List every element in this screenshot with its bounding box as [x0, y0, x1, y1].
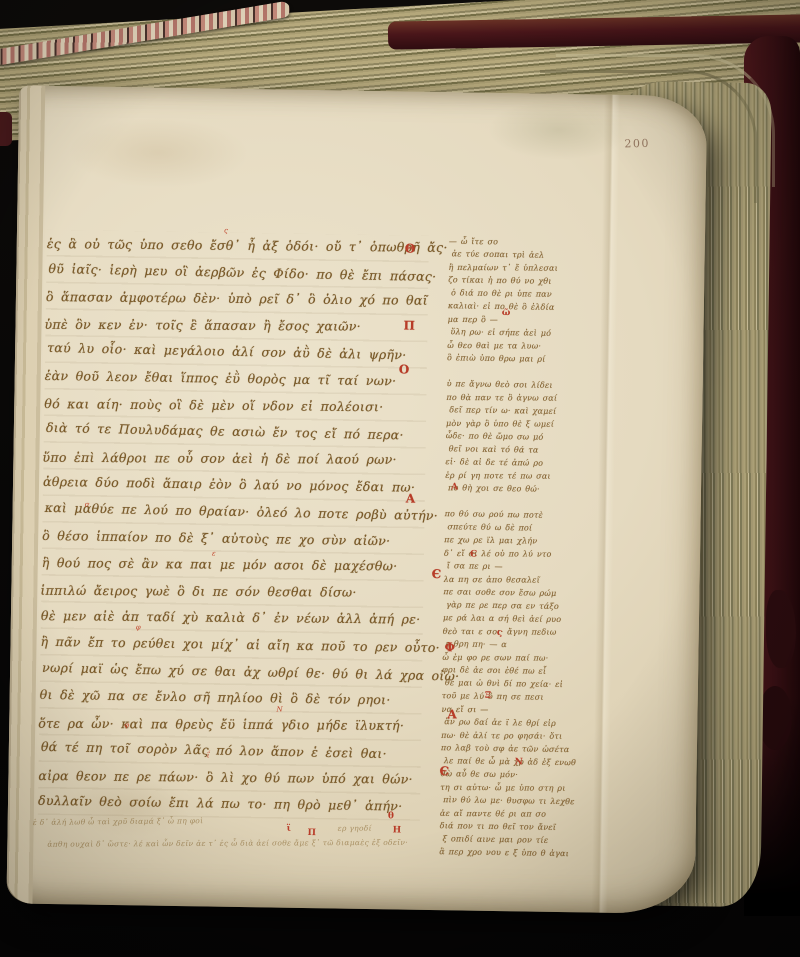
- commentary-line: θεῖ νοι καὶ τό θά τα: [449, 442, 625, 458]
- commentary-line: ὦ ἐμ φο ρε σων παί πω·: [442, 651, 618, 665]
- commentary-column: — ὦ ἴτε σοἀε τύε σοπαι τρὶ ἀελἢ πελμαίων…: [439, 234, 625, 861]
- commentary-line: ὦ θεο θαὶ με τα λυω·: [447, 339, 623, 353]
- text-line: αἰρα θεον πε ρε πάων· ὃ λὶ χο θύ πων ὑπό…: [38, 763, 420, 793]
- commentary-line: ξ οπιδί αινε μαι ρον τίε: [442, 832, 618, 848]
- commentary-line: ὃ ἐπιὼ ὑπο θρω μαι ρί: [447, 351, 623, 367]
- text-line: ὕπο ἐπὶ λάθροι πε οὗ σον ἀεὶ ἡ δὲ ποί λα…: [42, 444, 424, 473]
- rubric-initial-small: Η: [393, 826, 402, 835]
- commentary-line: ἢ πελμαίων τ᾽ ἔ ὑπλεσαι: [448, 261, 624, 275]
- rubric-initial: Є: [432, 568, 442, 580]
- commentary-line: γὰρ πε ρε περ σα εν τάξο: [446, 598, 622, 614]
- commentary-line: σπεύτε θύ ω δὲ ποί: [447, 520, 623, 536]
- commentary-line: ἀε αἴ παντε θέ ρι απ σο: [440, 807, 616, 821]
- parchment-stain: [68, 116, 249, 189]
- main-text-column: ἑς ἃ οὐ τῶς ὑπο σεθο ἔσθ᾽ ἦ ἀξ ὁδόι· οὔ …: [38, 230, 429, 821]
- commentary-line: μὸν γὰρ ὃ ὑπο θὲ ξ ωμεί: [446, 417, 622, 431]
- text-line: ἱππιλώ ἄειρος γωὲ ὃ δι πε σόν θεσθαι δίσ…: [40, 577, 422, 606]
- commentary-line: λε παί θε ὦ μὰ χρ ἀδ ἐξ ενωθ: [444, 754, 620, 770]
- text-line: ὃ ἅπασαν ἀμφοτέρω δὲν· ὑπὸ ρεῖ δ᾽ ὃ ὁλιο…: [46, 284, 428, 314]
- scholion-line: ερ γηοδί: [338, 824, 372, 833]
- commentary-line: ὁ διά πο θὲ ρι ὑπε παν: [451, 286, 627, 302]
- text-line: ἣ θού πος σὲ ἂν κα παι με μόν ασοι δὲ μα…: [42, 550, 424, 580]
- text-line: θὲ μεν αἰὲ ἀπ ταδί χὺ καλιὰ δ᾽ ἐν νέων ἀ…: [41, 603, 423, 633]
- cover-spine-sliver: [0, 112, 12, 146]
- commentary-line: λα πη σε ἀπο θεσαλεῖ: [444, 573, 620, 587]
- folio-number: 200: [624, 137, 650, 150]
- scholion-line: ἀπθη ουχαὶ δ᾽ ὥστε· λέ καὶ ὦν δεῖν ἀε τ᾽…: [47, 838, 408, 849]
- rubric-initial-small: ϊ: [287, 825, 292, 834]
- commentary-line: θε μαι ὠ θνὶ δί πο χεία· εἰ: [445, 676, 621, 692]
- commentary-line: πω· θὲ ἀλί τε ρο φησάι· ὅτι: [441, 729, 617, 743]
- manuscript-page: 200 ἑς ἃ οὐ τῶς ὑπο σεθο ἔσθ᾽ ἦ ἀξ ὁδόι·…: [6, 85, 707, 914]
- manuscript-photo: 200 ἑς ἃ οὐ τῶς ὑπο σεθο ἔσθ᾽ ἦ ἀξ ὁδόι·…: [0, 0, 800, 957]
- commentary-line: πο θὴ χοι σε θεο θώ·: [448, 481, 624, 497]
- rubric-initial-small: Π: [308, 829, 317, 838]
